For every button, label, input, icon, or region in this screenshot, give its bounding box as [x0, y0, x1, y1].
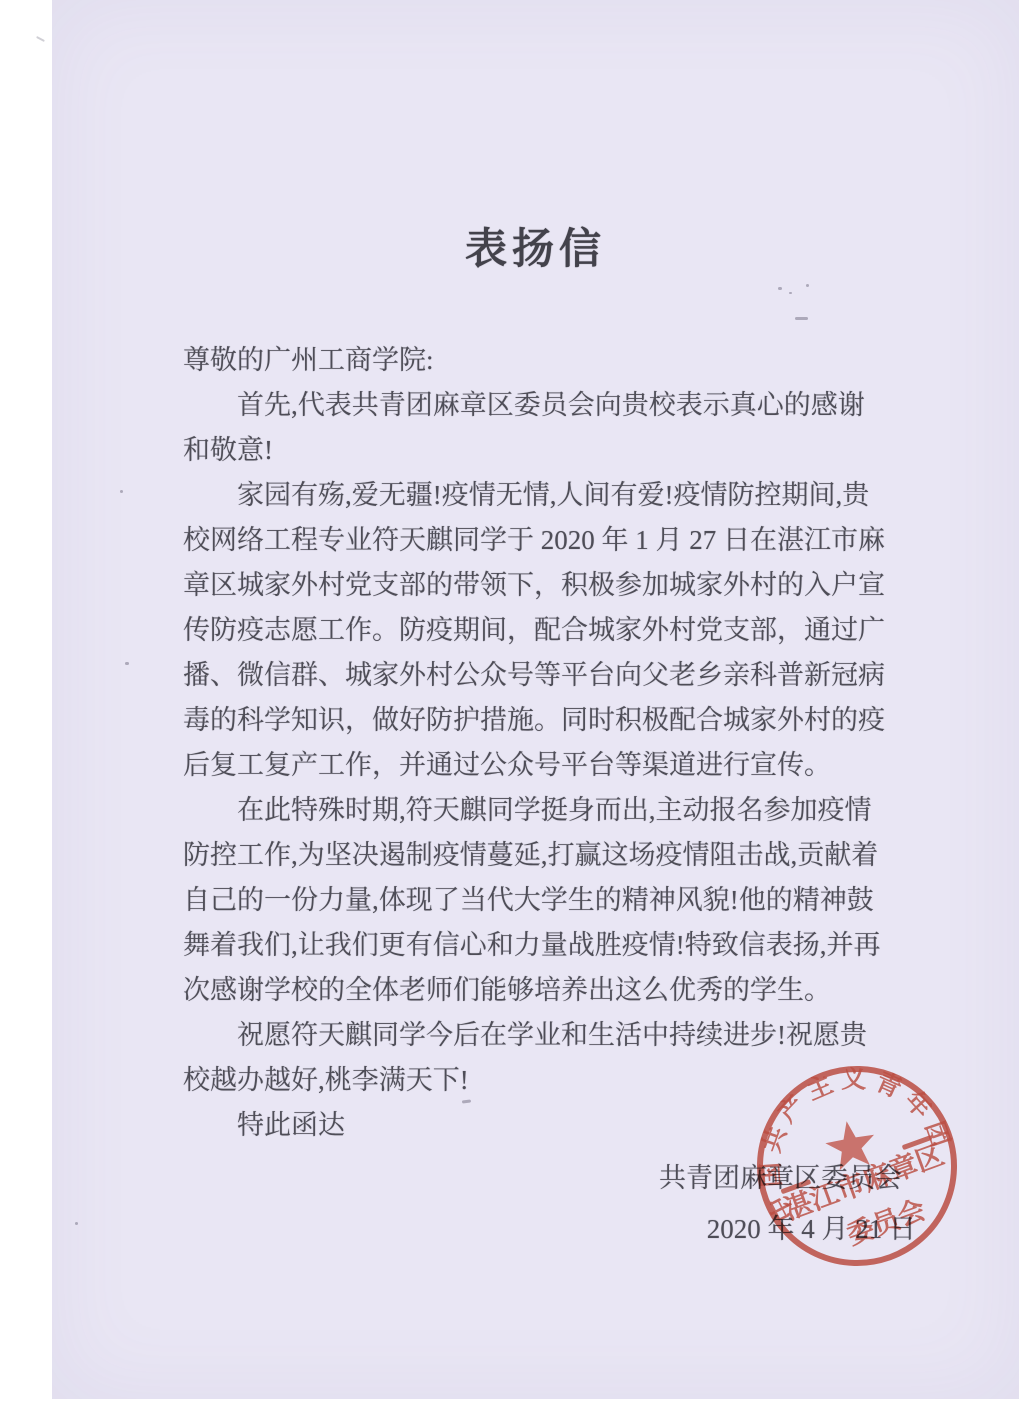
scan-speck — [795, 317, 808, 320]
letter-line: 章区城家外村党支部的带领下，积极参加城家外村的入户宣 — [183, 563, 910, 608]
letter-line: 防控工作,为坚决遏制疫情蔓延,打赢这场疫情阻击战,贡献着 — [183, 833, 910, 878]
scan-speck — [75, 1222, 78, 1225]
letter-title: 表扬信 — [52, 229, 1019, 271]
scan-speck — [120, 490, 123, 493]
letter-line: 和敬意! — [183, 428, 910, 473]
official-seal: 中国共产主义青年团 湛江市麻章区 委员会 — [737, 1046, 977, 1286]
letter-line: 毒的科学知识，做好防护措施。同时积极配合城家外村的疫 — [183, 698, 910, 743]
letter-line: 传防疫志愿工作。防疫期间，配合城家外村党支部，通过广 — [183, 608, 910, 653]
scan-speck — [789, 292, 792, 294]
letter-line: 自己的一份力量,体现了当代大学生的精神风貌!他的精神鼓 — [183, 878, 910, 923]
letter-line: 播、微信群、城家外村公众号等平台向父老乡亲科普新冠病 — [183, 653, 910, 698]
letter-line: 家园有殇,爱无疆!疫情无情,人间有爱!疫情防控期间,贵 — [183, 473, 910, 518]
scan-speck — [778, 287, 782, 290]
letter-line: 后复工复产工作，并通过公众号平台等渠道进行宣传。 — [183, 743, 910, 788]
letter-line: 舞着我们,让我们更有信心和力量战胜疫情!特致信表扬,并再 — [183, 923, 910, 968]
letter-line: 次感谢学校的全体老师们能够培养出这么优秀的学生。 — [183, 968, 910, 1013]
letter-line: 首先,代表共青团麻章区委员会向贵校表示真心的感谢 — [183, 383, 910, 428]
scan-speck — [806, 284, 809, 287]
letter-line: 校网络工程专业符天麒同学于 2020 年 1 月 27 日在湛江市麻 — [183, 518, 910, 563]
letter-line: 尊敬的广州工商学院: — [183, 338, 910, 383]
scan-speck — [36, 36, 45, 42]
letter-line: 在此特殊时期,符天麒同学挺身而出,主动报名参加疫情 — [183, 788, 910, 833]
scan-speck — [125, 662, 129, 665]
